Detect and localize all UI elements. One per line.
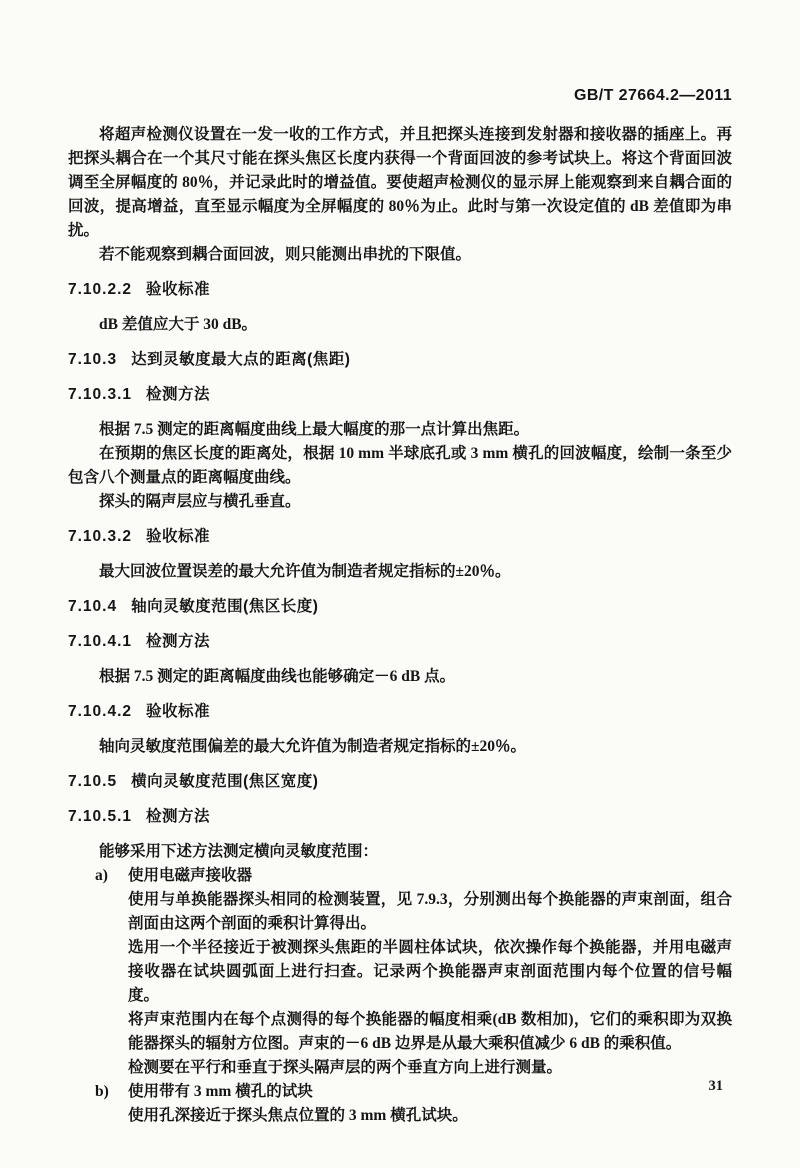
paragraph: 最大回波位置误差的最大允许值为制造者规定指标的±20％。 [68,560,732,584]
section-number: 7.10.4.2 [68,703,132,720]
list-paragraph: 使用带有 3 mm 横孔的试块 [128,1080,732,1104]
paragraph: 根据 7.5 测定的距离幅度曲线也能够确定－6 dB 点。 [68,665,732,689]
scanned-standard-page: { "header": { "standard_code": "GB/T 276… [0,0,800,1168]
section-title: 检测方法 [146,633,210,650]
list-item-body: 使用电磁声接收器使用与单换能器探头相同的检测装置，见 7.9.3，分别测出每个换… [128,864,732,1080]
section-number: 7.10.4.1 [68,633,132,650]
list-paragraph: 使用孔深接近于探头焦点位置的 3 mm 横孔试块。 [128,1104,732,1128]
list-item-body: 使用带有 3 mm 横孔的试块使用孔深接近于探头焦点位置的 3 mm 横孔试块。 [128,1080,732,1128]
section-title: 验收标准 [146,703,210,720]
section-heading: 7.10.2.2验收标准 [68,278,732,302]
list-paragraph: 检测要在平行和垂直于探头隔声层的两个垂直方向上进行测量。 [128,1056,732,1080]
list-item: b)使用带有 3 mm 横孔的试块使用孔深接近于探头焦点位置的 3 mm 横孔试… [95,1080,732,1128]
section-heading: 7.10.4.2验收标准 [68,700,732,724]
section-heading: 7.10.5.1检测方法 [68,805,732,829]
section-number: 7.10.3.2 [68,528,132,545]
paragraph: 探头的隔声层应与横孔垂直。 [68,490,732,514]
document-header: GB/T 27664.2—2011 [68,88,732,104]
list-paragraph: 使用与单换能器探头相同的检测装置，见 7.9.3，分别测出每个换能器的声束剖面，… [128,888,732,936]
section-number: 7.10.5.1 [68,808,132,825]
page: GB/T 27664.2—2011 将超声检测仪设置在一发一收的工作方式，并且把… [0,0,800,1168]
section-title: 横向灵敏度范围(焦区宽度) [131,773,318,790]
section-heading: 7.10.3.2验收标准 [68,525,732,549]
paragraph: dB 差值应大于 30 dB。 [68,313,732,337]
paragraph: 能够采用下述方法测定横向灵敏度范围： [68,840,732,864]
list-paragraph: 使用电磁声接收器 [128,864,732,888]
section-heading: 7.10.5横向灵敏度范围(焦区宽度) [68,770,732,794]
section-title: 达到灵敏度最大点的距离(焦距) [131,351,350,368]
paragraph: 将超声检测仪设置在一发一收的工作方式，并且把探头连接到发射器和接收器的插座上。再… [68,123,732,243]
list-item: a)使用电磁声接收器使用与单换能器探头相同的检测装置，见 7.9.3，分别测出每… [95,864,732,1080]
section-heading: 7.10.4.1检测方法 [68,630,732,654]
list-marker: b) [95,1080,128,1128]
section-title: 验收标准 [146,281,210,298]
list-marker: a) [95,864,128,1080]
section-heading: 7.10.3达到灵敏度最大点的距离(焦距) [68,348,732,372]
section-title: 验收标准 [146,528,210,545]
section-title: 轴向灵敏度范围(焦区长度) [131,598,318,615]
section-number: 7.10.3 [68,351,117,368]
section-number: 7.10.2.2 [68,281,132,298]
paragraph: 在预期的焦区长度的距离处，根据 10 mm 半球底孔或 3 mm 横孔的回波幅度… [68,442,732,490]
document-body: 将超声检测仪设置在一发一收的工作方式，并且把探头连接到发射器和接收器的插座上。再… [68,123,732,1128]
section-heading: 7.10.3.1检测方法 [68,383,732,407]
list-paragraph: 将声束范围内在每个点测得的每个换能器的幅度相乘(dB 数相加)，它们的乘积即为双… [128,1008,732,1056]
paragraph: 轴向灵敏度范围偏差的最大允许值为制造者规定指标的±20％。 [68,735,732,759]
section-number: 7.10.5 [68,773,117,790]
section-title: 检测方法 [146,386,210,403]
section-heading: 7.10.4轴向灵敏度范围(焦区长度) [68,595,732,619]
section-title: 检测方法 [146,808,210,825]
standard-code: GB/T 27664.2—2011 [574,87,732,104]
paragraph: 根据 7.5 测定的距离幅度曲线上最大幅度的那一点计算出焦距。 [68,418,732,442]
paragraph: 若不能观察到耦合面回波，则只能测出串扰的下限值。 [68,243,732,267]
section-number: 7.10.3.1 [68,386,132,403]
section-number: 7.10.4 [68,598,117,615]
list-paragraph: 选用一个半径接近于被测探头焦距的半圆柱体试块，依次操作每个换能器，并用电磁声接收… [128,936,732,1008]
page-number: 31 [709,1078,724,1094]
